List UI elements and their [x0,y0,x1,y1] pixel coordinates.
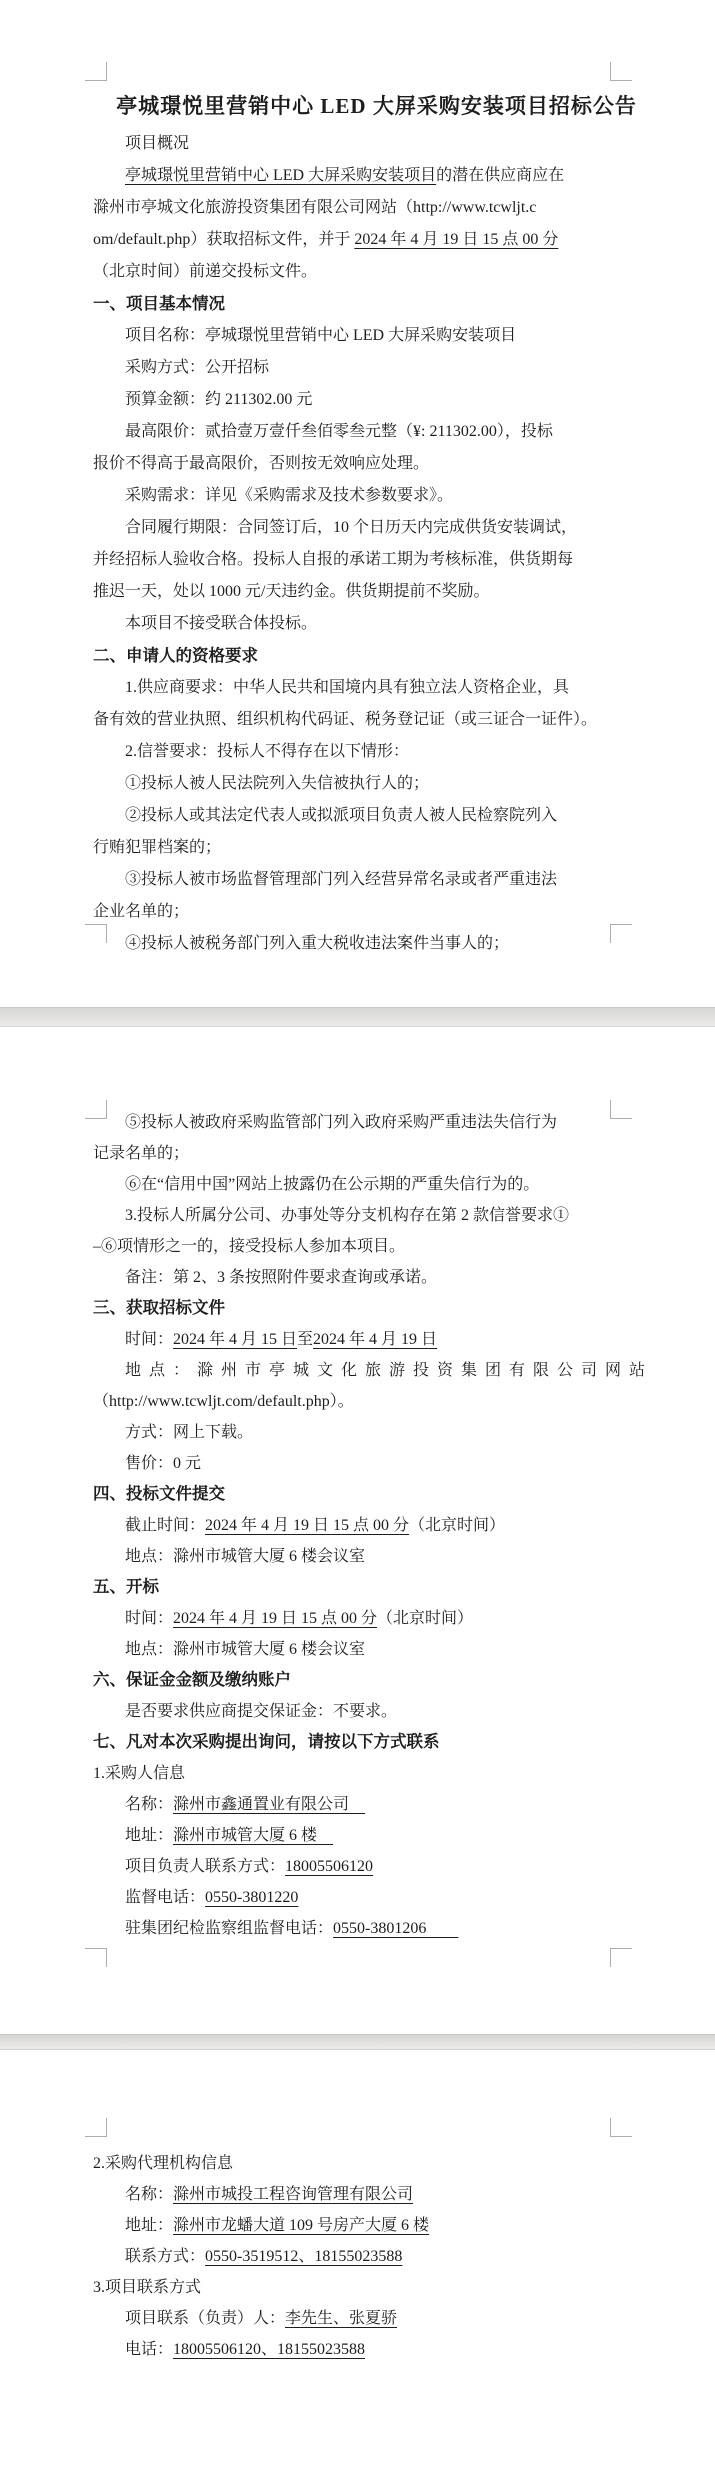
text-segment: 3.投标人所属分公司、办事处等分支机构存在第 2 款信誉要求① [125,1207,569,1224]
text-segment: 截止时间： [125,1517,205,1534]
text-segment: 三、获取招标文件 [93,1299,225,1317]
text-segment: 名称： [125,1796,173,1813]
text-segment: 备有效的营业执照、组织机构代码证、税务登记证（或三证合一证件）。 [93,711,597,728]
text-segment: 方式：网上下载。 [125,1424,253,1441]
text-segment: 并经招标人验收合格。投标人自报的承诺工期为考核标准，供货期每 [93,551,573,568]
text-segment: ③投标人被市场监督管理部门列入经营异常名录或者严重违法 [125,871,557,888]
margin-mark-top-left [85,2118,107,2137]
text-segment: 合同履行期限：合同签订后，10 个日历天内完成供货安装调试， [125,519,577,536]
underlined-text: 18005506120 [285,1858,373,1875]
underlined-text: 滁州市鑫通置业有限公司 [173,1796,365,1813]
margin-mark-top-left [85,62,107,81]
text-line: 并经招标人验收合格。投标人自报的承诺工期为考核标准，供货期每 [93,544,660,576]
text-line: 本项目不接受联合体投标。 [93,608,660,640]
text-line: 时间：2024 年 4 月 19 日 15 点 00 分（北京时间） [93,1603,660,1634]
margin-mark-bottom-left [85,924,107,943]
text-line: 推迟一天，处以 1000 元/天违约金。供货期提前不奖励。 [93,576,660,608]
underlined-text: 2024 年 4 月 19 日 15 点 00 分 [205,1517,409,1534]
text-line: –⑥项情形之一的，接受投标人参加本项目。 [93,1231,660,1262]
text-line: 五、开标 [93,1572,660,1603]
text-line: ①投标人被人民法院列入失信被执行人的； [93,768,660,800]
text-segment: 的潜在供应商应在 [436,167,564,184]
underlined-text: 李先生、张夏骄 [285,2310,397,2327]
text-line: 备注：第 2、3 条按照附件要求查询或承诺。 [93,1262,660,1293]
text-segment: 记录名单的； [93,1145,189,1162]
text-line: 记录名单的； [93,1138,660,1169]
text-segment: （北京时间） [377,1610,473,1627]
text-segment: 五、开标 [93,1578,159,1596]
text-line: 滁州市亭城文化旅游投资集团有限公司网站（http://www.tcwljt.c [93,192,660,224]
text-segment: 联系方式： [125,2248,205,2265]
underlined-text: 滁州市龙蟠大道 109 号房产大厦 6 楼 [173,2217,429,2234]
document-page-1: 亭城璟悦里营销中心 LED 大屏采购安装项目招标公告项目概况亭城璟悦里营销中心 … [0,0,715,1007]
underlined-text: 2024 年 4 月 15 日 [173,1331,297,1348]
underlined-text: 18005506120、18155023588 [173,2341,365,2358]
text-line: （北京时间）前递交投标文件。 [93,256,660,288]
document-page-2: ⑤投标人被政府采购监管部门列入政府采购严重违法失信行为记录名单的；⑥在“信用中国… [0,1027,715,2034]
text-line: 3.投标人所属分公司、办事处等分支机构存在第 2 款信誉要求① [93,1200,660,1231]
text-line: 方式：网上下载。 [93,1417,660,1448]
margin-mark-top-right [610,1100,632,1119]
text-segment: 本项目不接受联合体投标。 [125,615,317,632]
text-line: 是否要求供应商提交保证金：不要求。 [93,1696,660,1727]
text-line: 驻集团纪检监察组监督电话：0550-3801206 [93,1913,660,1944]
text-segment: 项目联系（负责）人： [125,2310,285,2327]
text-line: 备有效的营业执照、组织机构代码证、税务登记证（或三证合一证件）。 [93,704,660,736]
text-segment: 推迟一天，处以 1000 元/天违约金。供货期提前不奖励。 [93,583,489,600]
text-segment: ⑥在“信用中国”网站上披露仍在公示期的严重失信行为的。 [125,1176,539,1193]
text-segment: 至 [297,1331,313,1348]
text-line: 项目名称：亭城璟悦里营销中心 LED 大屏采购安装项目 [93,320,660,352]
text-segment: 时间： [125,1331,173,1348]
text-line: 三、获取招标文件 [93,1293,660,1324]
underlined-text: 0550-3801220 [205,1889,298,1906]
text-segment: 四、投标文件提交 [93,1485,225,1503]
text-line: 3.项目联系方式 [93,2272,660,2303]
underlined-text: 亭城璟悦里营销中心 LED 大屏采购安装项目 [125,167,436,184]
page-content: 2.采购代理机构信息名称：滁州市城投工程咨询管理有限公司地址：滁州市龙蟠大道 1… [0,2050,715,2365]
text-segment: 报价不得高于最高限价，否则按无效响应处理。 [93,455,429,472]
document-title: 亭城璟悦里营销中心 LED 大屏采购安装项目招标公告 [93,84,660,128]
margin-mark-bottom-left [85,1948,107,1967]
document-page-3: 2.采购代理机构信息名称：滁州市城投工程咨询管理有限公司地址：滁州市龙蟠大道 1… [0,2050,715,2465]
text-line: 名称：滁州市鑫通置业有限公司 [93,1789,660,1820]
text-line: 行贿犯罪档案的； [93,832,660,864]
text-line: 2.采购代理机构信息 [93,2148,660,2179]
text-segment: 监督电话： [125,1889,205,1906]
text-line: 地点：滁州市城管大厦 6 楼会议室 [93,1634,660,1665]
text-segment: 2.信誉要求：投标人不得存在以下情形： [125,743,409,760]
text-segment: 项目概况 [125,135,189,152]
text-segment: 二、申请人的资格要求 [93,647,258,665]
margin-mark-bottom-right [610,1948,632,1967]
text-line: 名称：滁州市城投工程咨询管理有限公司 [93,2179,660,2210]
page-content: ⑤投标人被政府采购监管部门列入政府采购严重违法失信行为记录名单的；⑥在“信用中国… [0,1027,715,1944]
text-line: 项目联系（负责）人：李先生、张夏骄 [93,2303,660,2334]
text-segment: ⑤投标人被政府采购监管部门列入政府采购严重违法失信行为 [125,1114,557,1131]
text-segment: 行贿犯罪档案的； [93,839,221,856]
text-segment: ①投标人被人民法院列入失信被执行人的； [125,775,429,792]
text-line: 预算金额：约 211302.00 元 [93,384,660,416]
text-line: 1.供应商要求：中华人民共和国境内具有独立法人资格企业，具 [93,672,660,704]
text-line: 地点：滁州市城管大厦 6 楼会议室 [93,1541,660,1572]
page-separator [0,1007,715,1027]
underlined-text: 2024 年 4 月 19 日 15 点 00 分 [354,231,558,248]
text-line: ⑤投标人被政府采购监管部门列入政府采购严重违法失信行为 [93,1107,660,1138]
margin-mark-top-right [610,62,632,81]
text-segment: 滁州市亭城文化旅游投资集团有限公司网站（http://www.tcwljt.c [93,199,536,216]
text-line: ④投标人被税务部门列入重大税收违法案件当事人的； [93,928,660,960]
text-segment: （http://www.tcwljt.com/default.php）。 [93,1393,354,1410]
text-line: 地址：滁州市城管大厦 6 楼 [93,1820,660,1851]
text-segment: 企业名单的； [93,903,189,920]
text-line: ⑥在“信用中国”网站上披露仍在公示期的严重失信行为的。 [93,1169,660,1200]
text-segment: –⑥项情形之一的，接受投标人参加本项目。 [93,1238,405,1255]
text-segment: （北京时间）前递交投标文件。 [93,263,317,280]
text-segment: 七、凡对本次采购提出询问，请按以下方式联系 [93,1733,440,1751]
text-line: 亭城璟悦里营销中心 LED 大屏采购安装项目的潜在供应商应在 [93,160,660,192]
text-line: 项目概况 [93,128,660,160]
text-line: 二、申请人的资格要求 [93,640,660,672]
text-line: 四、投标文件提交 [93,1479,660,1510]
text-line: （http://www.tcwljt.com/default.php）。 [93,1386,660,1417]
text-segment: 地点：滁州市城管大厦 6 楼会议室 [125,1641,365,1658]
page-content: 亭城璟悦里营销中心 LED 大屏采购安装项目招标公告项目概况亭城璟悦里营销中心 … [0,0,715,960]
text-line: 地址：滁州市龙蟠大道 109 号房产大厦 6 楼 [93,2210,660,2241]
text-line: 监督电话：0550-3801220 [93,1882,660,1913]
text-segment: 地址： [125,2217,173,2234]
text-line: 七、凡对本次采购提出询问，请按以下方式联系 [93,1727,660,1758]
text-segment: 项目名称：亭城璟悦里营销中心 LED 大屏采购安装项目 [125,327,516,344]
text-segment: 驻集团纪检监察组监督电话： [125,1920,333,1937]
margin-mark-top-right [610,2118,632,2137]
text-segment: 售价：0 元 [125,1455,201,1472]
text-segment: 亭城璟悦里营销中心 LED 大屏采购安装项目招标公告 [116,94,637,118]
margin-mark-bottom-right [610,924,632,943]
text-line: 采购需求：详见《采购需求及技术参数要求》。 [93,480,660,512]
text-segment: ④投标人被税务部门列入重大税收违法案件当事人的； [125,935,509,952]
text-line: 六、保证金金额及缴纳账户 [93,1665,660,1696]
text-segment: 六、保证金金额及缴纳账户 [93,1671,291,1689]
text-segment: （北京时间） [409,1517,505,1534]
margin-mark-top-left [85,1100,107,1119]
text-line: 地点：滁州市亭城文化旅游投资集团有限公司网站 [93,1355,660,1386]
text-segment: 1.采购人信息 [93,1765,185,1782]
document-viewer: 亭城璟悦里营销中心 LED 大屏采购安装项目招标公告项目概况亭城璟悦里营销中心 … [0,0,715,2465]
underlined-text: 0550-3801206 [333,1920,458,1937]
text-line: ②投标人或其法定代表人或拟派项目负责人被人民检察院列入 [93,800,660,832]
text-segment: 最高限价：贰拾壹万壹仟叁佰零叁元整（¥: 211302.00），投标 [125,423,553,440]
text-segment: 地点：滁州市城管大厦 6 楼会议室 [125,1548,365,1565]
underlined-text: 滁州市城管大厦 6 楼 [173,1827,333,1844]
text-line: 合同履行期限：合同签订后，10 个日历天内完成供货安装调试， [93,512,660,544]
text-segment: 2.采购代理机构信息 [93,2155,233,2172]
text-line: om/default.php）获取招标文件，并于 2024 年 4 月 19 日… [93,224,660,256]
page-separator [0,2034,715,2050]
text-line: 项目负责人联系方式：18005506120 [93,1851,660,1882]
text-segment: 备注：第 2、3 条按照附件要求查询或承诺。 [125,1269,437,1286]
text-segment: om/default.php）获取招标文件，并于 [93,231,354,248]
underlined-text: 2024 年 4 月 19 日 [313,1331,437,1348]
underlined-text: 0550-3519512、18155023588 [205,2248,402,2265]
text-segment: 3.项目联系方式 [93,2279,201,2296]
text-line: 企业名单的； [93,896,660,928]
text-line: 最高限价：贰拾壹万壹仟叁佰零叁元整（¥: 211302.00），投标 [93,416,660,448]
text-line: 报价不得高于最高限价，否则按无效响应处理。 [93,448,660,480]
text-line: 2.信誉要求：投标人不得存在以下情形： [93,736,660,768]
text-line: 截止时间：2024 年 4 月 19 日 15 点 00 分（北京时间） [93,1510,660,1541]
text-segment: 名称： [125,2186,173,2203]
underlined-text: 滁州市城投工程咨询管理有限公司 [173,2186,413,2203]
text-segment: 电话： [125,2341,173,2358]
text-segment: ②投标人或其法定代表人或拟派项目负责人被人民检察院列入 [125,807,557,824]
underlined-text: 2024 年 4 月 19 日 15 点 00 分 [173,1610,377,1627]
text-line: ③投标人被市场监督管理部门列入经营异常名录或者严重违法 [93,864,660,896]
text-line: 1.采购人信息 [93,1758,660,1789]
text-line: 售价：0 元 [93,1448,660,1479]
text-line: 电话：18005506120、18155023588 [93,2334,660,2365]
text-segment: 项目负责人联系方式： [125,1858,285,1875]
text-line: 联系方式：0550-3519512、18155023588 [93,2241,660,2272]
text-segment: 是否要求供应商提交保证金：不要求。 [125,1703,397,1720]
text-segment: 采购需求：详见《采购需求及技术参数要求》。 [125,487,453,504]
text-segment: 地点：滁州市亭城文化旅游投资集团有限公司网站 [125,1362,653,1379]
text-segment: 1.供应商要求：中华人民共和国境内具有独立法人资格企业，具 [125,679,569,696]
text-line: 时间：2024 年 4 月 15 日至2024 年 4 月 19 日 [93,1324,660,1355]
text-segment: 采购方式：公开招标 [125,359,269,376]
text-segment: 时间： [125,1610,173,1627]
text-segment: 预算金额：约 211302.00 元 [125,391,312,408]
text-line: 采购方式：公开招标 [93,352,660,384]
text-line: 一、项目基本情况 [93,288,660,320]
text-segment: 一、项目基本情况 [93,295,225,313]
text-segment: 地址： [125,1827,173,1844]
